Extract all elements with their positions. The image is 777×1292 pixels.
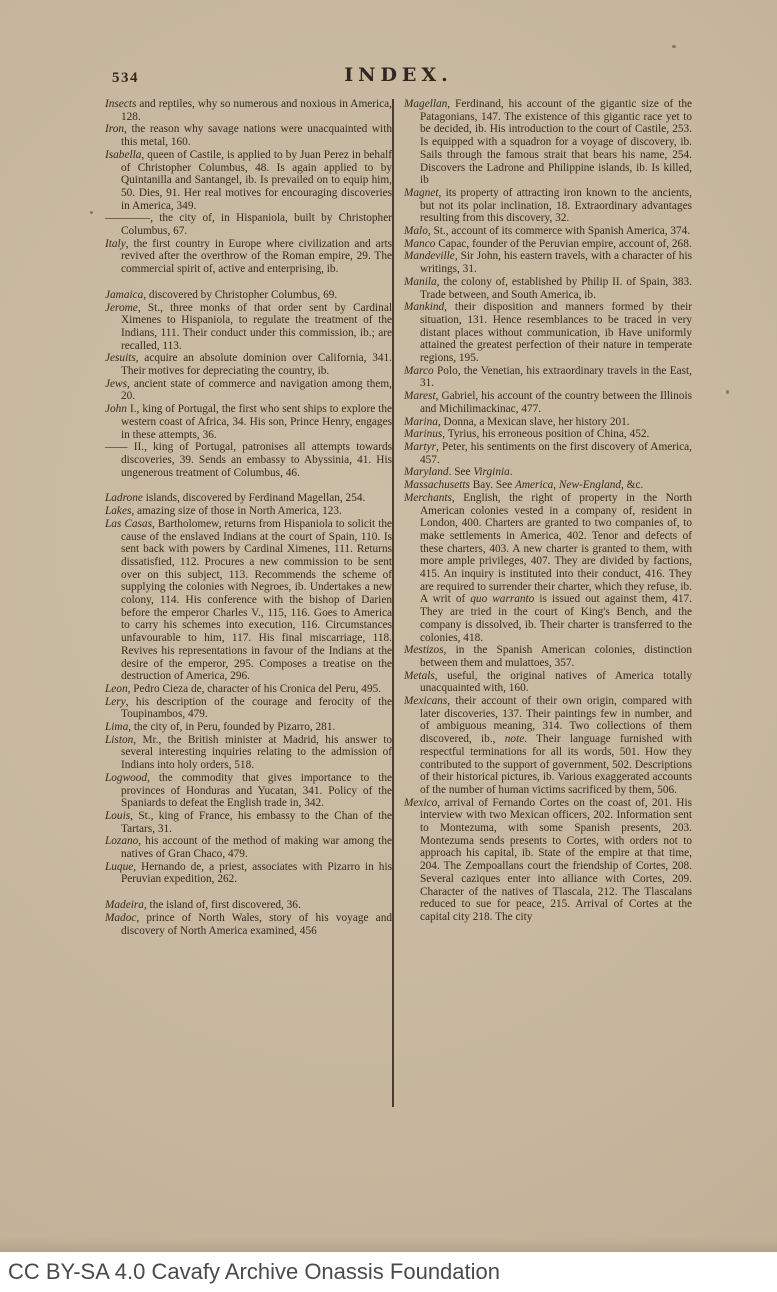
index-entry: Merchants, English, the right of propert… xyxy=(404,492,692,644)
index-entry: John I., king of Portugal, the first who… xyxy=(105,403,392,441)
index-group: Ladrone islands, discovered by Ferdinand… xyxy=(105,492,392,886)
index-entry: Manila, the colony of, established by Ph… xyxy=(404,276,692,301)
index-entry: Logwood, the commodity that gives import… xyxy=(105,772,392,810)
index-entry: Magellan, Ferdinand, his account of the … xyxy=(404,98,692,187)
index-group: Madeira, the island of, first discovered… xyxy=(105,899,392,937)
index-column-right: Magellan, Ferdinand, his account of the … xyxy=(404,98,692,924)
index-entry: Louis, St., king of France, his embassy … xyxy=(105,810,392,835)
index-entry: Mandeville, Sir John, his eastern travel… xyxy=(404,250,692,275)
index-entry: Luque, Hernando de, a priest, associates… xyxy=(105,861,392,886)
index-entry: Isabella, queen of Castile, is applied t… xyxy=(105,149,392,213)
index-entry: Magnet, its property of attracting iron … xyxy=(404,187,692,225)
index-entry: Ladrone islands, discovered by Ferdinand… xyxy=(105,492,392,505)
book-page: 534 INDEX. Insects and reptiles, why so … xyxy=(0,0,777,1252)
index-entry: ————, the city of, in Hispaniola, built … xyxy=(105,212,392,237)
index-entry: Metals, useful, the original natives of … xyxy=(404,670,692,695)
index-entry: Jamaica, discovered by Christopher Colum… xyxy=(105,289,392,302)
index-entry: Malo, St., account of its commerce with … xyxy=(404,225,692,238)
index-entry: Insects and reptiles, why so numerous an… xyxy=(105,98,392,123)
index-entry: Italy, the first country in Europe where… xyxy=(105,238,392,276)
index-entry: Madoc, prince of North Wales, story of h… xyxy=(105,912,392,937)
scanned-book-page-viewer: 534 INDEX. Insects and reptiles, why so … xyxy=(0,0,777,1292)
index-entry: Marinus, Tyrius, his erroneous position … xyxy=(404,428,692,441)
index-group: Insects and reptiles, why so numerous an… xyxy=(105,98,392,276)
index-entry: Mestizos, in the Spanish American coloni… xyxy=(404,644,692,669)
index-entry: —— II., king of Portugal, patronises all… xyxy=(105,441,392,479)
index-group: Jamaica, discovered by Christopher Colum… xyxy=(105,289,392,480)
index-entry: Mexicans, their account of their own ori… xyxy=(404,695,692,797)
index-entry: Jews, ancient state of commerce and navi… xyxy=(105,378,392,403)
index-entry: Massachusetts Bay. See America, New-Engl… xyxy=(404,479,692,492)
index-entry: Lery, his description of the courage and… xyxy=(105,696,392,721)
index-entry: Martyr, Peter, his sentiments on the fir… xyxy=(404,441,692,466)
index-entry: Lakes, amazing size of those in North Am… xyxy=(105,505,392,518)
caption-bar: CC BY-SA 4.0 Cavafy Archive Onassis Foun… xyxy=(0,1252,777,1292)
paper-speck xyxy=(726,390,729,394)
index-entry: Mexico, arrival of Fernando Cortes on th… xyxy=(404,797,692,924)
index-entry: Marina, Donna, a Mexican slave, her hist… xyxy=(404,416,692,429)
index-entry: Las Casas, Bartholomew, returns from His… xyxy=(105,518,392,683)
index-entry: Madeira, the island of, first discovered… xyxy=(105,899,392,912)
paper-speck xyxy=(90,211,93,214)
index-entry: Lozano, his account of the method of mak… xyxy=(105,835,392,860)
page-title: INDEX. xyxy=(105,64,692,86)
index-group: Magellan, Ferdinand, his account of the … xyxy=(404,98,692,924)
index-column-left: Insects and reptiles, why so numerous an… xyxy=(105,98,392,937)
paper-speck xyxy=(672,45,676,48)
index-entry: Liston, Mr., the British minister at Mad… xyxy=(105,734,392,772)
index-entry: Mankind, their disposition and manners f… xyxy=(404,301,692,365)
index-entry: Manco Capac, founder of the Peruvian emp… xyxy=(404,238,692,251)
index-entry: Leon, Pedro Cieza de, character of his C… xyxy=(105,683,392,696)
index-entry: Jerome, St., three monks of that order s… xyxy=(105,302,392,353)
index-entry: Iron, the reason why savage nations were… xyxy=(105,123,392,148)
index-entry: Lima, the city of, in Peru, founded by P… xyxy=(105,721,392,734)
index-entry: Marest, Gabriel, his account of the coun… xyxy=(404,390,692,415)
column-divider-rule xyxy=(392,99,394,1107)
index-entry: Maryland. See Virginia. xyxy=(404,466,692,479)
index-entry: Jesuits, acquire an absolute dominion ov… xyxy=(105,352,392,377)
index-entry: Marco Polo, the Venetian, his extraordin… xyxy=(404,365,692,390)
license-caption-text: CC BY-SA 4.0 Cavafy Archive Onassis Foun… xyxy=(8,1259,500,1285)
